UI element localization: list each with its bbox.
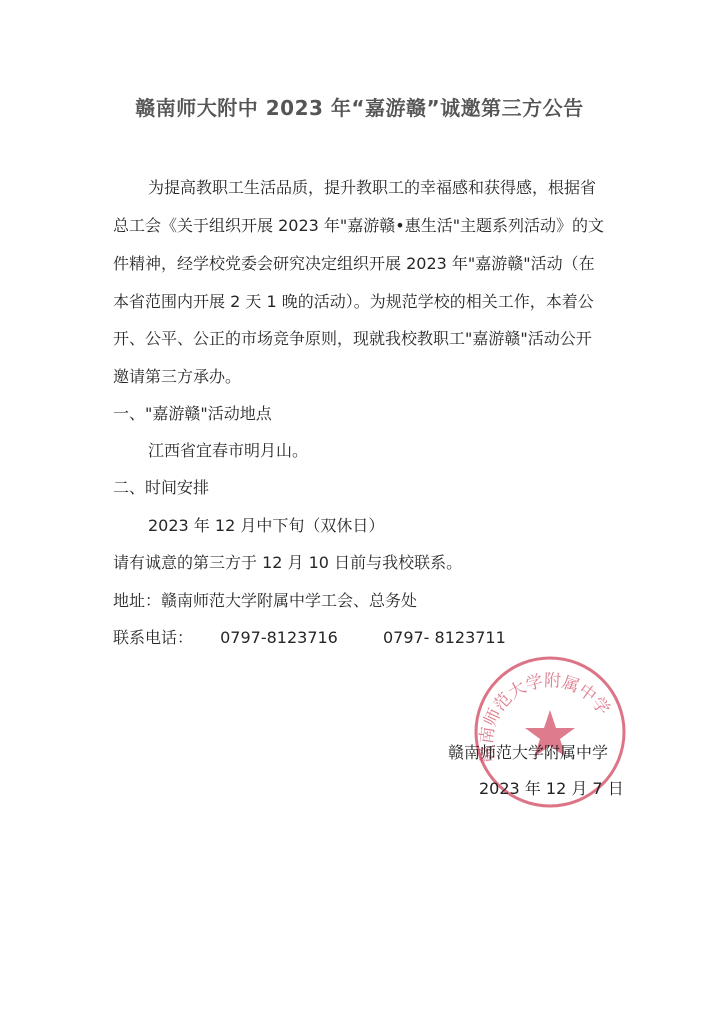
phone-label: 联系电话： xyxy=(113,628,193,647)
signature-organization: 赣南师范大学附属中学 xyxy=(448,740,608,763)
paragraph-line-6: 邀请第三方承办。 xyxy=(113,364,241,387)
section2-heading: 二、时间安排 xyxy=(113,475,209,498)
document-page: 赣南师大附中 2023 年“嘉游赣”诚邀第三方公告 为提高教职工生活品质，提升教… xyxy=(0,0,719,1017)
phone-line: 联系电话： 0797-8123716 0797- 8123711 xyxy=(113,625,506,648)
signature-date: 2023 年 12 月 7 日 xyxy=(479,776,624,799)
paragraph-line-4: 本省范围内开展 2 天 1 晚的活动）。为规范学校的相关工作，本着公 xyxy=(113,289,594,312)
address-line: 地址：赣南师范大学附属中学工会、总务处 xyxy=(113,588,417,611)
paragraph-line-1: 为提高教职工生活品质，提升教职工的幸福感和获得感，根据省 xyxy=(148,175,596,198)
paragraph-line-3: 件精神，经学校党委会研究决定组织开展 2023 年"嘉游赣"活动（在 xyxy=(113,251,595,274)
paragraph-line-5: 开、公平、公正的市场竞争原则，现就我校教职工"嘉游赣"活动公开 xyxy=(113,326,592,349)
phone-number-2: 0797- 8123711 xyxy=(383,628,506,647)
document-title: 赣南师大附中 2023 年“嘉游赣”诚邀第三方公告 xyxy=(0,92,719,121)
section1-heading: 一、"嘉游赣"活动地点 xyxy=(113,401,272,424)
contact-deadline: 请有诚意的第三方于 12 月 10 日前与我校联系。 xyxy=(113,550,462,573)
section2-content: 2023 年 12 月中下旬（双休日） xyxy=(148,513,384,536)
section1-content: 江西省宜春市明月山。 xyxy=(148,438,308,461)
phone-number-1: 0797-8123716 xyxy=(220,628,338,647)
paragraph-line-2: 总工会《关于组织开展 2023 年"嘉游赣•惠生活"主题系列活动》的文 xyxy=(113,213,604,236)
